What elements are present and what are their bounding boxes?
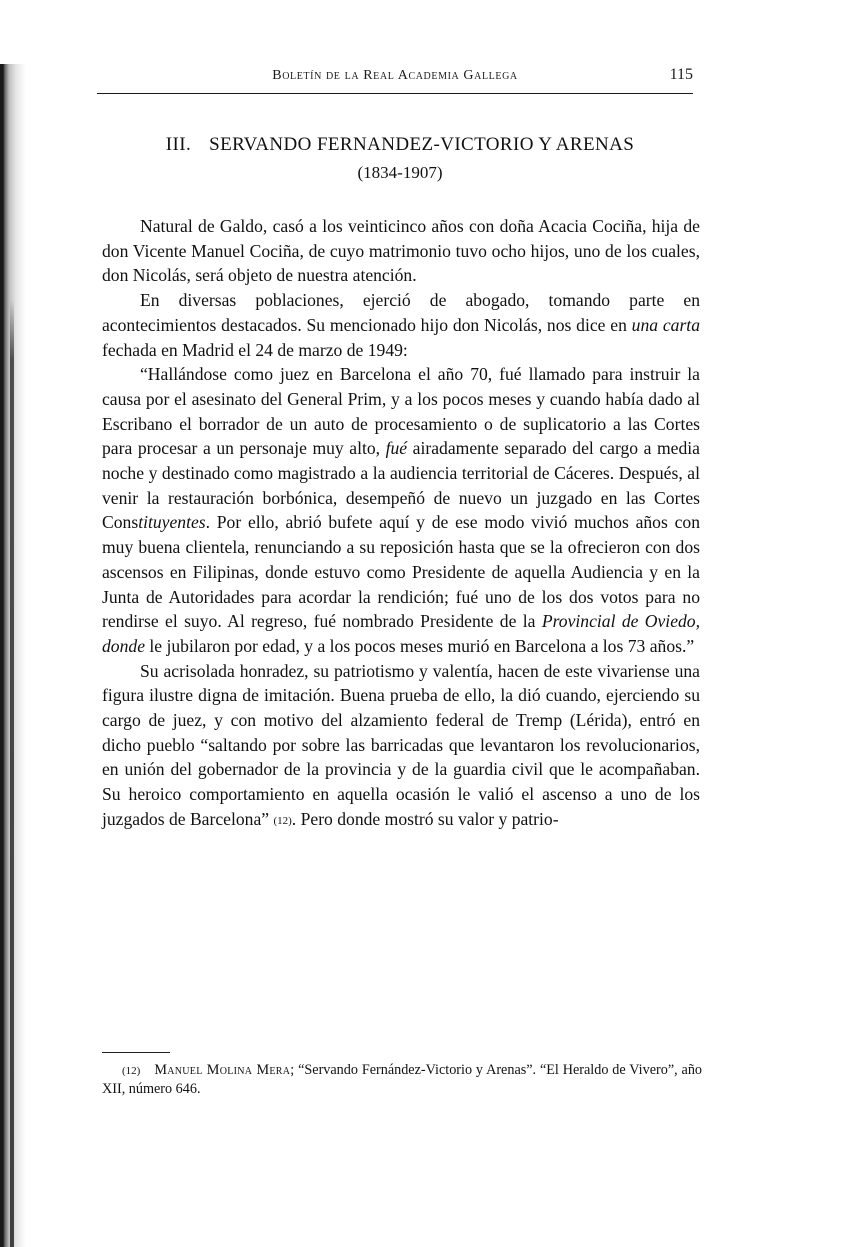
chapter-number: III.: [166, 134, 191, 155]
paragraph: “Hallándose como juez en Barcelona el añ…: [102, 362, 700, 658]
header-rule: [97, 93, 693, 94]
paragraph-text: Natural de Galdo, casó a los veinticinco…: [102, 216, 700, 285]
footnote-number: (12): [122, 1065, 140, 1077]
paragraph-text: . Pero donde mostró su valor y patrio-: [292, 809, 559, 829]
paragraph: Su acrisolada honradez, su patriotismo y…: [102, 659, 700, 834]
italic-text: fué: [386, 438, 408, 458]
footnotes: (12)Manuel Molina Mera; “Servando Fernán…: [102, 1062, 702, 1098]
chapter-heading: III.SERVANDO FERNANDEZ-VICTORIO Y ARENAS: [102, 134, 698, 156]
paragraph: Natural de Galdo, casó a los veinticinco…: [102, 214, 700, 288]
footnote-reference: (12): [273, 815, 291, 827]
paragraph-text: le jubilaron por edad, y a los pocos mes…: [145, 636, 694, 656]
paragraph-text: En diversas poblaciones, ejerció de abog…: [102, 290, 700, 335]
page-number: 115: [670, 66, 693, 84]
footnote-rule: [102, 1052, 170, 1053]
running-head: Boletín de la Real Academia Gallega 115: [97, 64, 693, 94]
paragraph-text: Su acrisolada honradez, su patriotismo y…: [102, 661, 700, 829]
scan-binding-shadow: [0, 64, 28, 1247]
paragraph-text: fechada en Madrid el 24 de marzo de 1949…: [102, 340, 408, 360]
paragraph: En diversas poblaciones, ejerció de abog…: [102, 288, 700, 362]
chapter-dates: (1834-1907): [102, 163, 698, 183]
journal-title: Boletín de la Real Academia Gallega: [97, 68, 693, 84]
chapter-title-text: SERVANDO FERNANDEZ-VICTORIO Y ARENAS: [209, 134, 634, 155]
italic-text: una carta: [632, 315, 700, 335]
footnote-author: Manuel Molina Mera: [154, 1062, 290, 1078]
footnote-item: (12)Manuel Molina Mera; “Servando Fernán…: [102, 1062, 702, 1098]
italic-text: tituyentes: [138, 512, 205, 532]
scan-page-edge: [10, 300, 14, 1247]
body-text: Natural de Galdo, casó a los veinticinco…: [102, 214, 700, 834]
